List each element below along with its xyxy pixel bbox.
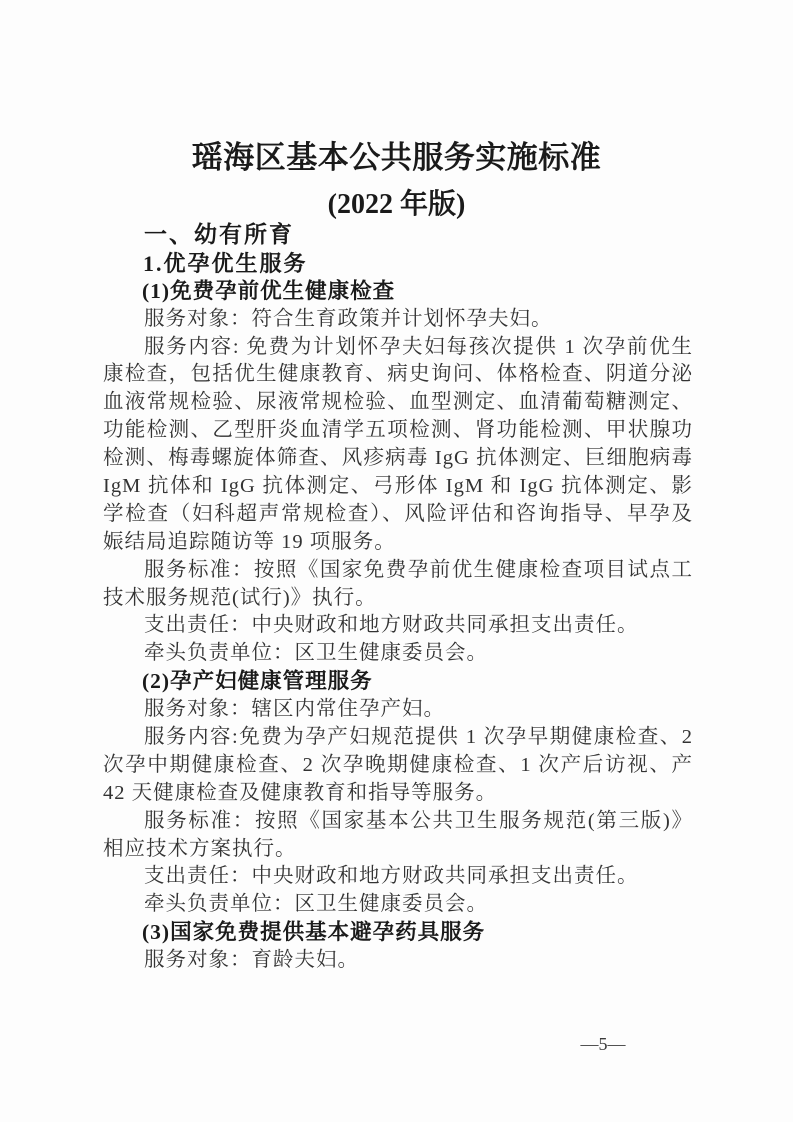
- text-line: 功能检测、乙型肝炎血清学五项检测、肾功能检测、甲状腺功能: [103, 417, 693, 445]
- text-line: 检测、梅毒螺旋体筛查、风疹病毒 IgG 抗体测定、巨细胞病毒: [103, 445, 693, 473]
- document-subtitle: (2022 年版): [0, 182, 793, 222]
- text-line: 服务内容: 免费为计划怀孕夫妇每孩次提供 1 次孕前优生健: [103, 334, 693, 362]
- text-line: 学检查（妇科超声常规检查）、风险评估和咨询指导、早孕及妊: [103, 501, 693, 529]
- document-page: 瑶海区基本公共服务实施标准 (2022 年版) 一、幼有所育1.优孕优生服务(1…: [0, 0, 793, 1122]
- text-line: 42 天健康检查及健康教育和指导等服务。: [103, 780, 693, 808]
- document-title: 瑶海区基本公共服务实施标准: [0, 132, 793, 177]
- text-line: 服务标准：按照《国家基本公共卫生服务规范(第三版)》及: [103, 808, 693, 836]
- text-line: (1)免费孕前优生健康检查: [103, 278, 693, 306]
- text-line: 血液常规检验、尿液常规检验、血型测定、血清葡萄糖测定、肝: [103, 389, 693, 417]
- text-line: 技术服务规范(试行)》执行。: [103, 585, 693, 613]
- text-line: 支出责任：中央财政和地方财政共同承担支出责任。: [103, 612, 693, 640]
- text-line: 牵头负责单位：区卫生健康委员会。: [103, 891, 693, 919]
- text-line: 服务对象：辖区内常住孕产妇。: [103, 696, 693, 724]
- document-body: 一、幼有所育1.优孕优生服务(1)免费孕前优生健康检查服务对象：符合生育政策并计…: [103, 222, 693, 975]
- text-line: 服务对象：育龄夫妇。: [103, 947, 693, 975]
- text-line: 服务内容:免费为孕产妇规范提供 1 次孕早期健康检查、2: [103, 724, 693, 752]
- text-line: 相应技术方案执行。: [103, 836, 693, 864]
- text-line: IgM 抗体和 IgG 抗体测定、弓形体 IgM 和 IgG 抗体测定、影像: [103, 473, 693, 501]
- text-line: 次孕中期健康检查、2 次孕晚期健康检查、1 次产后访视、产后: [103, 752, 693, 780]
- text-line: 服务标准：按照《国家免费孕前优生健康检查项目试点工作: [103, 557, 693, 585]
- text-line: 康检查，包括优生健康教育、病史询问、体格检查、阴道分泌物、: [103, 361, 693, 389]
- text-line: (2)孕产妇健康管理服务: [103, 668, 693, 696]
- text-line: 1.优孕优生服务: [103, 250, 693, 278]
- text-line: 牵头负责单位：区卫生健康委员会。: [103, 640, 693, 668]
- text-line: 一、幼有所育: [103, 222, 693, 250]
- text-line: 娠结局追踪随访等 19 项服务。: [103, 529, 693, 557]
- text-line: 支出责任：中央财政和地方财政共同承担支出责任。: [103, 863, 693, 891]
- text-line: (3)国家免费提供基本避孕药具服务: [103, 919, 693, 947]
- page-number: —5—: [563, 1034, 643, 1055]
- text-line: 服务对象：符合生育政策并计划怀孕夫妇。: [103, 306, 693, 334]
